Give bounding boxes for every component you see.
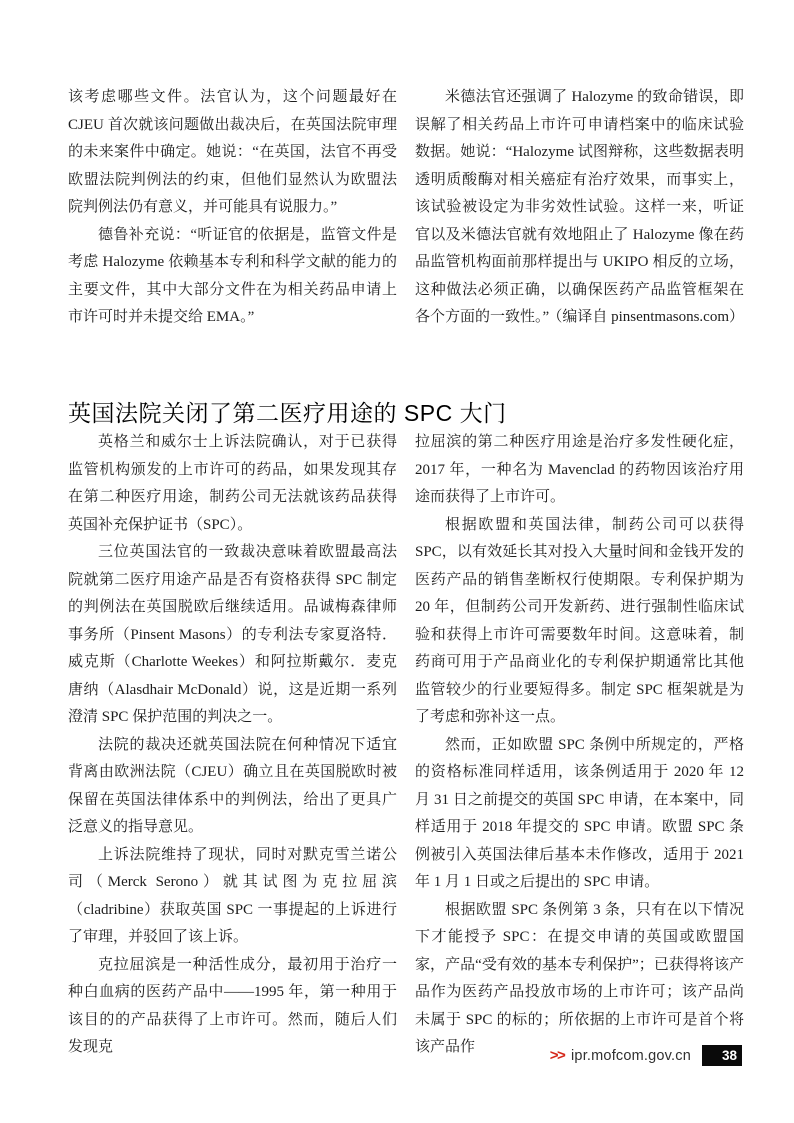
page-footer: >> ipr.mofcom.gov.cn 38 bbox=[549, 1045, 742, 1066]
paragraph: 英格兰和威尔士上诉法院确认，对于已获得监管机构颁发的上市许可的药品，如果发现其存… bbox=[68, 429, 397, 539]
article-title: 英国法院关闭了第二医疗用途的 SPC 大门 bbox=[68, 395, 507, 428]
paragraph: 拉屈滨的第二种医疗用途是治疗多发性硬化症，2017 年，一种名为 Mavencl… bbox=[415, 429, 744, 512]
prev-article-section: 该考虑哪些文件。法官认为，这个问题最好在 CJEU 首次就该问题做出裁决后，在英… bbox=[68, 84, 744, 332]
paragraph: 该考虑哪些文件。法官认为，这个问题最好在 CJEU 首次就该问题做出裁决后，在英… bbox=[68, 84, 397, 222]
paragraph: 克拉屈滨是一种活性成分，最初用于治疗一种白血病的医药产品中——1995 年，第一… bbox=[68, 952, 397, 1062]
double-chevron-icon: >> bbox=[549, 1048, 564, 1063]
article-column-right: 拉屈滨的第二种医疗用途是治疗多发性硬化症，2017 年，一种名为 Mavencl… bbox=[415, 429, 744, 1062]
paragraph: 法院的裁决还就英国法院在何种情况下适宜背离由欧洲法院（CJEU）确立且在英国脱欧… bbox=[68, 732, 397, 842]
prev-article-column-left: 该考虑哪些文件。法官认为，这个问题最好在 CJEU 首次就该问题做出裁决后，在英… bbox=[68, 84, 397, 332]
paragraph: 根据欧盟 SPC 条例第 3 条，只有在以下情况下才能授予 SPC：在提交申请的… bbox=[415, 897, 744, 1062]
paragraph: 德鲁补充说：“听证官的依据是，监管文件是考虑 Halozyme 依赖基本专利和科… bbox=[68, 222, 397, 332]
paragraph: 上诉法院维持了现状，同时对默克雪兰诺公司（Merck Serono）就其试图为克… bbox=[68, 842, 397, 952]
page-number-badge: 38 bbox=[702, 1045, 742, 1066]
paragraph: 米德法官还强调了 Halozyme 的致命错误，即误解了相关药品上市许可申请档案… bbox=[415, 84, 744, 332]
prev-article-column-right: 米德法官还强调了 Halozyme 的致命错误，即误解了相关药品上市许可申请档案… bbox=[415, 84, 744, 332]
paragraph: 三位英国法官的一致裁决意味着欧盟最高法院就第二医疗用途产品是否有资格获得 SPC… bbox=[68, 539, 397, 732]
article-section: 英格兰和威尔士上诉法院确认，对于已获得监管机构颁发的上市许可的药品，如果发现其存… bbox=[68, 429, 744, 1062]
paragraph: 根据欧盟和英国法律，制药公司可以获得 SPC，以有效延长其对投入大量时间和金钱开… bbox=[415, 512, 744, 732]
article-column-left: 英格兰和威尔士上诉法院确认，对于已获得监管机构颁发的上市许可的药品，如果发现其存… bbox=[68, 429, 397, 1062]
document-page: 该考虑哪些文件。法官认为，这个问题最好在 CJEU 首次就该问题做出裁决后，在英… bbox=[0, 0, 794, 1123]
paragraph: 然而，正如欧盟 SPC 条例中所规定的，严格的资格标准同样适用，该条例适用于 2… bbox=[415, 732, 744, 897]
footer-url: ipr.mofcom.gov.cn bbox=[571, 1048, 691, 1064]
